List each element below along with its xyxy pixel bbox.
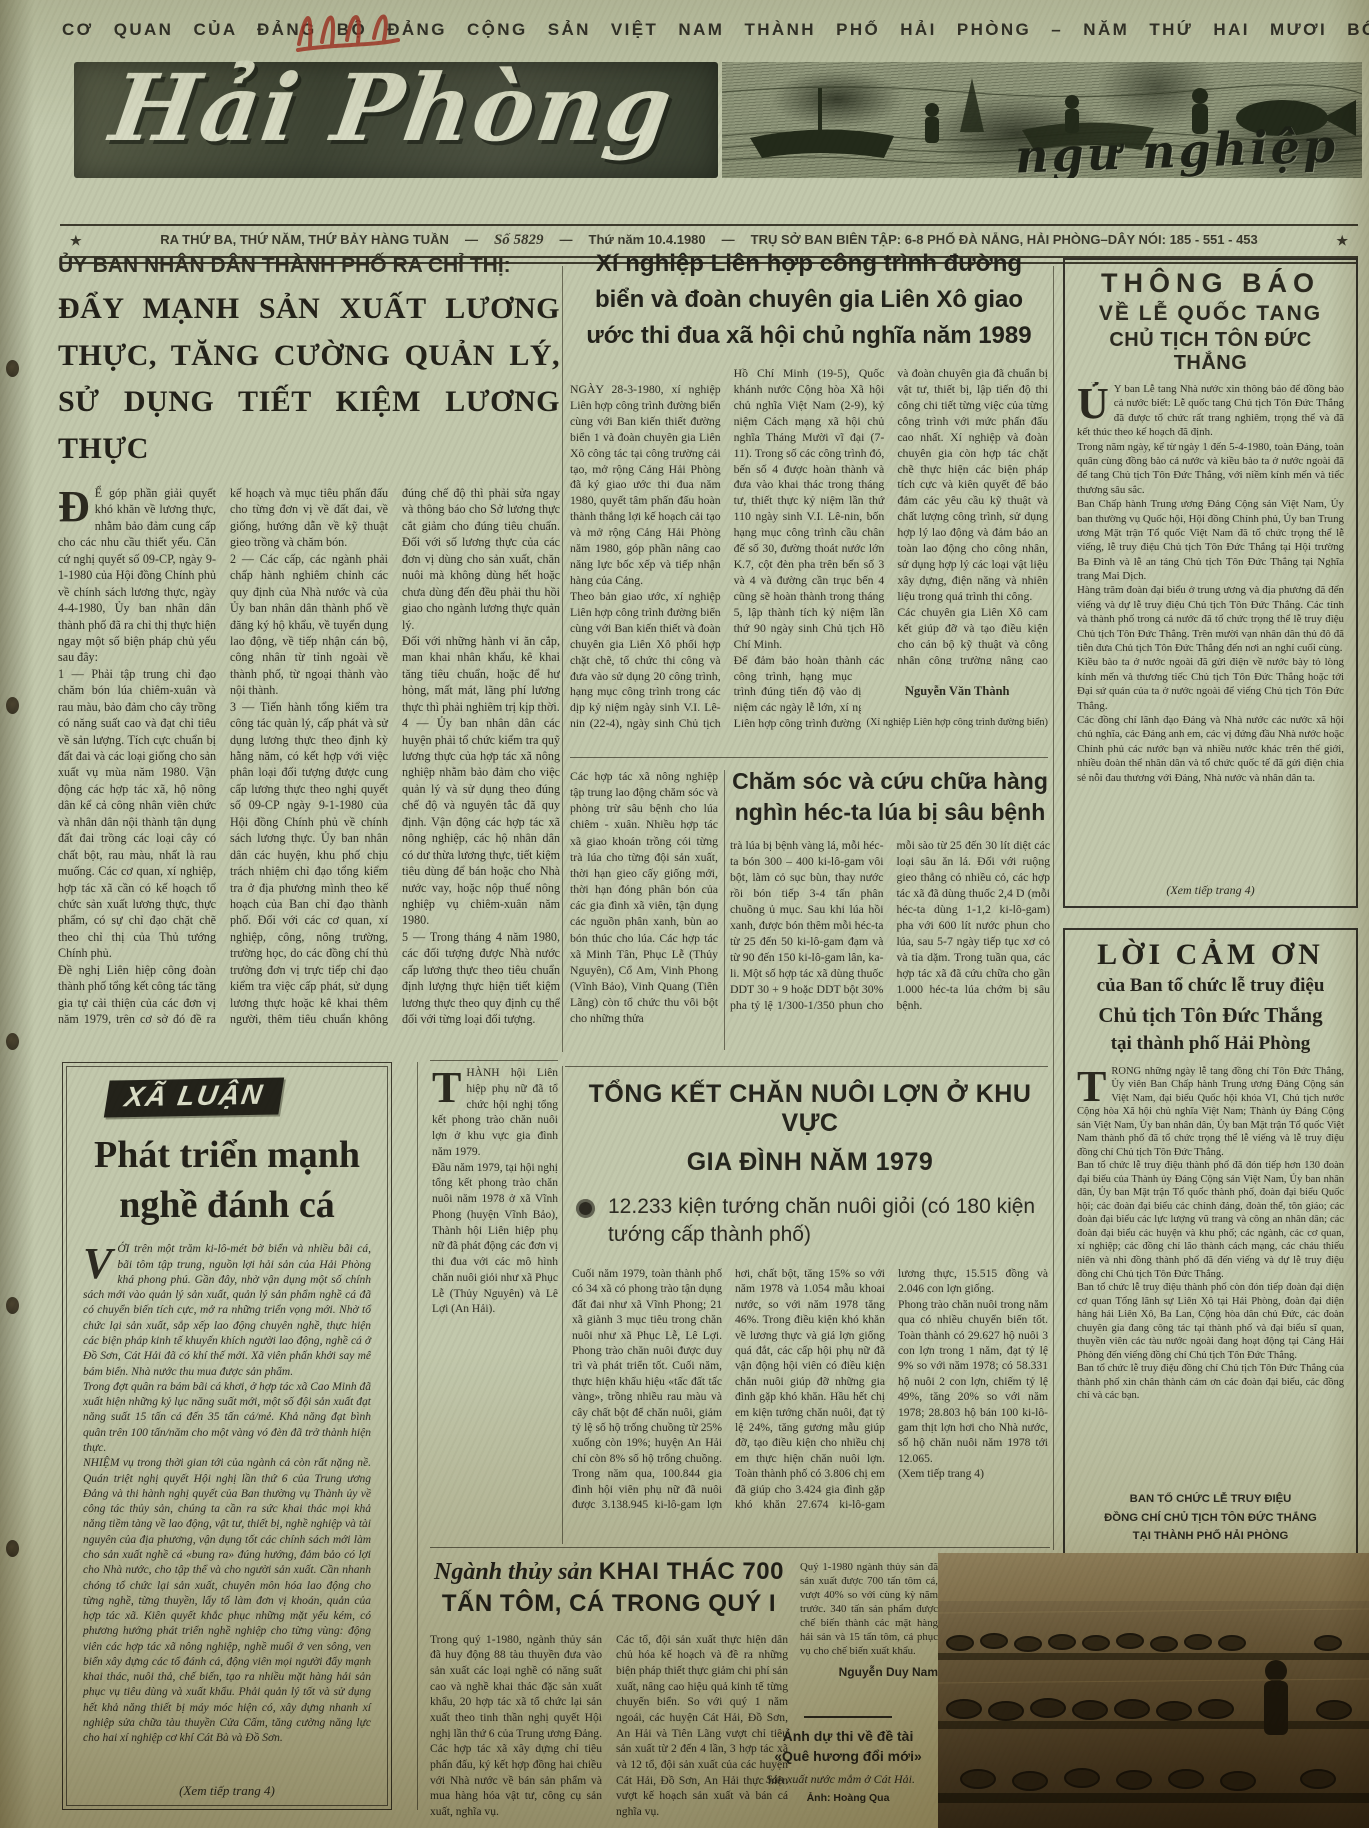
article-kicker: ỦY BAN NHÂN DÂN THÀNH PHỐ RA CHỈ THỊ: [58, 254, 560, 278]
section-rule [565, 1066, 1048, 1067]
bullet-dot-icon [576, 1199, 595, 1218]
dateline-separator: — [465, 232, 478, 247]
caption-rule [804, 1716, 892, 1718]
article-headline: Xí nghiệp Liên hợp công trình đường biển… [570, 246, 1048, 354]
photo-fish-sauce-jars [938, 1553, 1369, 1828]
punch-hole [6, 360, 19, 377]
dateline-separator: — [722, 232, 735, 247]
article-body: Cuối năm 1979, toàn thành phố có 34 xã c… [572, 1266, 1048, 1540]
column-rule [417, 1062, 418, 1810]
column-rule [1053, 266, 1054, 1550]
article-fishery: Ngành thủy sản KHAI THÁC 700 TẤN TÔM, CÁ… [430, 1556, 788, 1820]
section-rule [430, 1547, 1050, 1548]
article-pest-control: Chăm sóc và cứu chữa hàng nghìn héc-ta l… [730, 766, 1050, 1049]
caption-title-line2: «Quê hương đổi mới» [760, 1746, 936, 1766]
article-body: trà lúa bị bệnh vàng lá, mỗi héc-ta bón … [730, 837, 1050, 1049]
article-headline-line2: GIA ĐÌNH NĂM 1979 [572, 1148, 1048, 1177]
editorial-headline: Phát triển mạnh nghề đánh cá [63, 1130, 391, 1230]
thanks-box: LỜI CẢM ƠN của Ban tổ chức lễ truy điệu … [1063, 928, 1358, 1556]
masthead-title: Hải Phòng [104, 54, 679, 162]
announcement-title: THÔNG BÁO [1077, 268, 1344, 299]
byline-org: (Xí nghiệp Liên hợp công trình đường biể… [867, 716, 1048, 730]
highlight-bullet: 12.233 kiện tướng chăn nuôi giỏi (có 180… [576, 1193, 1044, 1250]
announcement-body: ỦY ban Lễ tang Nhà nước xin thông báo để… [1077, 382, 1344, 879]
column-rule [724, 770, 725, 1050]
article-headline: ĐẨY MẠNH SẢN XUẤT LƯƠNG THỰC, TĂNG CƯỜNG… [58, 286, 560, 472]
article-headline: Chăm sóc và cứu chữa hàng nghìn héc-ta l… [730, 766, 1050, 828]
punch-hole [6, 1033, 19, 1050]
punch-hole [6, 697, 19, 714]
column-rule [562, 266, 563, 1052]
highlight-text: 12.233 kiện tướng chăn nuôi giỏi (có 180… [608, 1193, 1044, 1250]
thanks-body: TRONG những ngày lễ tang đồng chí Tôn Đứ… [1077, 1065, 1344, 1485]
thanks-subtitle-line3: tại thành phố Hải Phòng [1077, 1030, 1344, 1058]
star-icon: ★ [1336, 233, 1348, 249]
section-rule [570, 757, 1048, 758]
thanks-subtitle-line1: của Ban tổ chức lễ truy điệu [1077, 972, 1344, 1000]
issue-number: Số 5829 [494, 232, 544, 249]
article-directive: ỦY BAN NHÂN DÂN THÀNH PHỐ RA CHỈ THỊ: ĐẨ… [58, 254, 560, 1093]
announcement-title-line2: VỀ LỄ QUỐC TANG [1077, 302, 1344, 326]
byline-name: Nguyễn Duy Nam [800, 1665, 938, 1681]
dateline-schedule: RA THỨ BA, THỨ NĂM, THỨ BẢY HÀNG TUẦN [160, 232, 449, 247]
signature-line1: BAN TỔ CHỨC LỄ TRUY ĐIỆU [1077, 1490, 1344, 1509]
caption-subtitle: Sản xuất nước mắm ở Cát Hải. [760, 1772, 936, 1787]
article-text: Quý 1-1980 ngành thủy sản đã sản xuất đư… [800, 1560, 938, 1658]
editorial-body: VỚI trên một trăm ki-lô-mét bờ biển và n… [63, 1230, 391, 1777]
headline-script-part: Ngành thủy sản [434, 1559, 593, 1585]
signature-line3: TẠI THÀNH PHỐ HẢI PHÒNG [1077, 1527, 1344, 1546]
article-headline: Ngành thủy sản KHAI THÁC 700 TẤN TÔM, CÁ… [430, 1556, 788, 1621]
article-body: NGÀY 28-3-1980, xí nghiệp Liên hợp công … [570, 366, 1048, 746]
pig-article-intro: THÀNH hội Liên hiệp phụ nữ đã tổ chức hộ… [432, 1066, 558, 1540]
continued-note: (Xem tiếp trang 4) [63, 1777, 391, 1809]
rice-care-note: Các hợp tác xã nông nghiệp tập trung lao… [570, 768, 718, 1052]
thanks-signature-block: BAN TỔ CHỨC LỄ TRUY ĐIỆU ĐỒNG CHÍ CHỦ TỊ… [1077, 1484, 1344, 1546]
column-rule [562, 1066, 563, 1544]
newspaper-page: CƠ QUAN CỦA ĐẢNG BỘ ĐẢNG CỘNG SẢN VIỆT N… [0, 0, 1369, 1828]
editorial-box: XÃ LUẬN Phát triển mạnh nghề đánh cá VỚI… [62, 1062, 392, 1810]
article-body: ĐỂ góp phần giải quyết khó khăn về lương… [58, 485, 560, 1093]
thanks-subtitle-line2: Chủ tịch Tôn Đức Thắng [1077, 1000, 1344, 1030]
punch-hole [6, 1297, 19, 1314]
thanks-title: LỜI CẢM ƠN [1077, 938, 1344, 972]
masthead-overlay-title: ngư nghiệp [1014, 118, 1339, 178]
editorial-office: TRỤ SỞ BAN BIÊN TẬP: 6-8 PHỐ ĐÀ NẴNG, HẢ… [751, 232, 1258, 247]
article-soviet-pact: Xí nghiệp Liên hợp công trình đường biển… [570, 246, 1048, 746]
byline-block: Nguyễn Văn Thành (Xí nghiệp Liên hợp côn… [861, 665, 1048, 746]
dateline-separator: — [560, 232, 573, 247]
announcement-box: THÔNG BÁO VỀ LỄ QUỐC TANG CHỦ TỊCH TÔN Đ… [1063, 258, 1358, 908]
caption-credit: Ảnh: Hoàng Qua [760, 1792, 936, 1804]
announcement-title-line3: CHỦ TỊCH TÔN ĐỨC THẮNG [1077, 329, 1344, 375]
article-body: Trong quý 1-1980, ngành thủy sản đã huy … [430, 1632, 788, 1820]
masthead-illustration: ngư nghiệp [722, 62, 1362, 178]
photo-caption: Ảnh dự thi về đề tài «Quê hương đổi mới»… [760, 1716, 936, 1804]
byline-name: Nguyễn Văn Thành [867, 683, 1048, 700]
editorial-badge: XÃ LUẬN [104, 1077, 285, 1117]
fishery-side-column: Quý 1-1980 ngành thủy sản đã sản xuất đư… [800, 1560, 938, 1681]
continued-note: (Xem tiếp trang 4) [1077, 879, 1344, 898]
issue-date: Thứ năm 10.4.1980 [589, 232, 706, 247]
article-pig-husbandry: TỔNG KẾT CHĂN NUÔI LỢN Ở KHU VỰC GIA ĐÌN… [572, 1080, 1048, 1250]
red-ink-scribble [292, 2, 404, 56]
masthead-block: Hải Phòng [74, 62, 718, 178]
signature-line2: ĐỒNG CHÍ CHỦ TỊCH TÔN ĐỨC THẮNG [1077, 1509, 1344, 1528]
article-headline-line1: TỔNG KẾT CHĂN NUÔI LỢN Ở KHU VỰC [572, 1080, 1048, 1138]
strapline: CƠ QUAN CỦA ĐẢNG BỘ ĐẢNG CỘNG SẢN VIỆT N… [62, 20, 1360, 40]
star-icon: ★ [70, 233, 82, 249]
punch-hole [6, 1540, 19, 1557]
caption-title-line1: Ảnh dự thi về đề tài [760, 1726, 936, 1746]
